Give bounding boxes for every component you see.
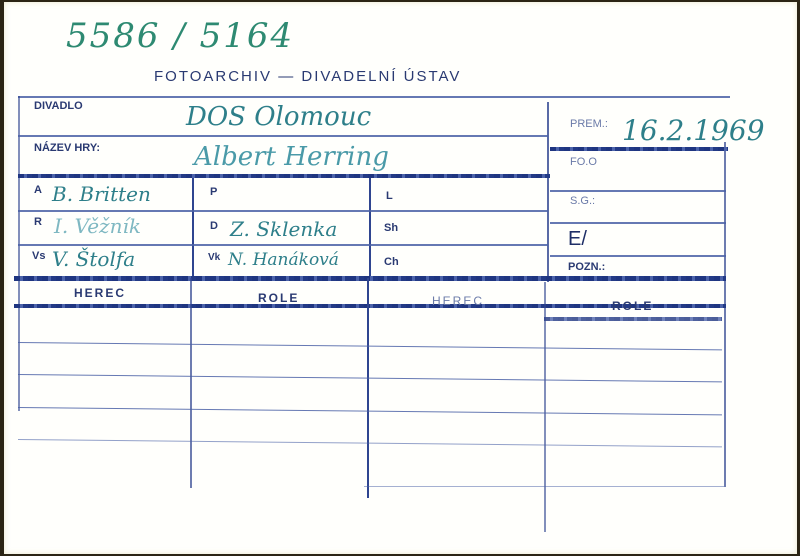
table-row [18,407,722,415]
label-premiera: PREM.: [570,118,608,130]
cast-header-herec-2: HEREC [432,294,484,308]
credit-label-sh: Sh [384,222,398,234]
credit-label-d: D [210,220,218,232]
cast-header-herec-1: HEREC [74,286,126,300]
credit-label-vk: Vk [208,252,220,263]
credit-label-vs: Vs [32,250,45,262]
credit-label-p: P [210,186,217,198]
table-row [18,374,722,382]
table-row [18,342,722,350]
stamp-header: FOTOARCHIV — DIVADELNÍ ÚSTAV [154,68,461,85]
credit-label-a: A [34,184,42,196]
label-nazev-hry: NÁZEV HRY: [34,142,100,154]
label-sg: S.G.: [570,195,595,207]
cast-header-role-1: ROLE [258,291,299,305]
cast-header-role-2: ROLE [612,299,653,313]
credit-label-r: R [34,216,42,228]
label-foto: FO.O [570,156,597,168]
credit-value-d: Z. Sklenka [230,217,337,241]
credit-label-l: L [386,190,393,202]
label-e: E/ [568,228,587,251]
archive-card: 5586 / 5164 FOTOARCHIV — DIVADELNÍ ÚSTAV… [4,2,797,554]
credit-value-r: I. Věžník [54,214,141,238]
label-divadlo: DIVADLO [34,100,83,112]
value-nazev-hry: Albert Herring [194,142,389,172]
credit-label-ch: Ch [384,256,399,268]
credit-value-vs: V. Štolfa [52,247,135,271]
value-divadlo: DOS Olomouc [186,102,371,132]
value-premiera: 16.2.1969 [622,114,765,147]
label-pozn: POZN.: [568,261,605,273]
credit-value-vk: N. Hanáková [228,250,339,270]
archive-number: 5586 / 5164 [66,16,294,56]
table-row [364,486,724,487]
credit-value-a: B. Britten [52,182,151,206]
table-row [18,439,722,447]
